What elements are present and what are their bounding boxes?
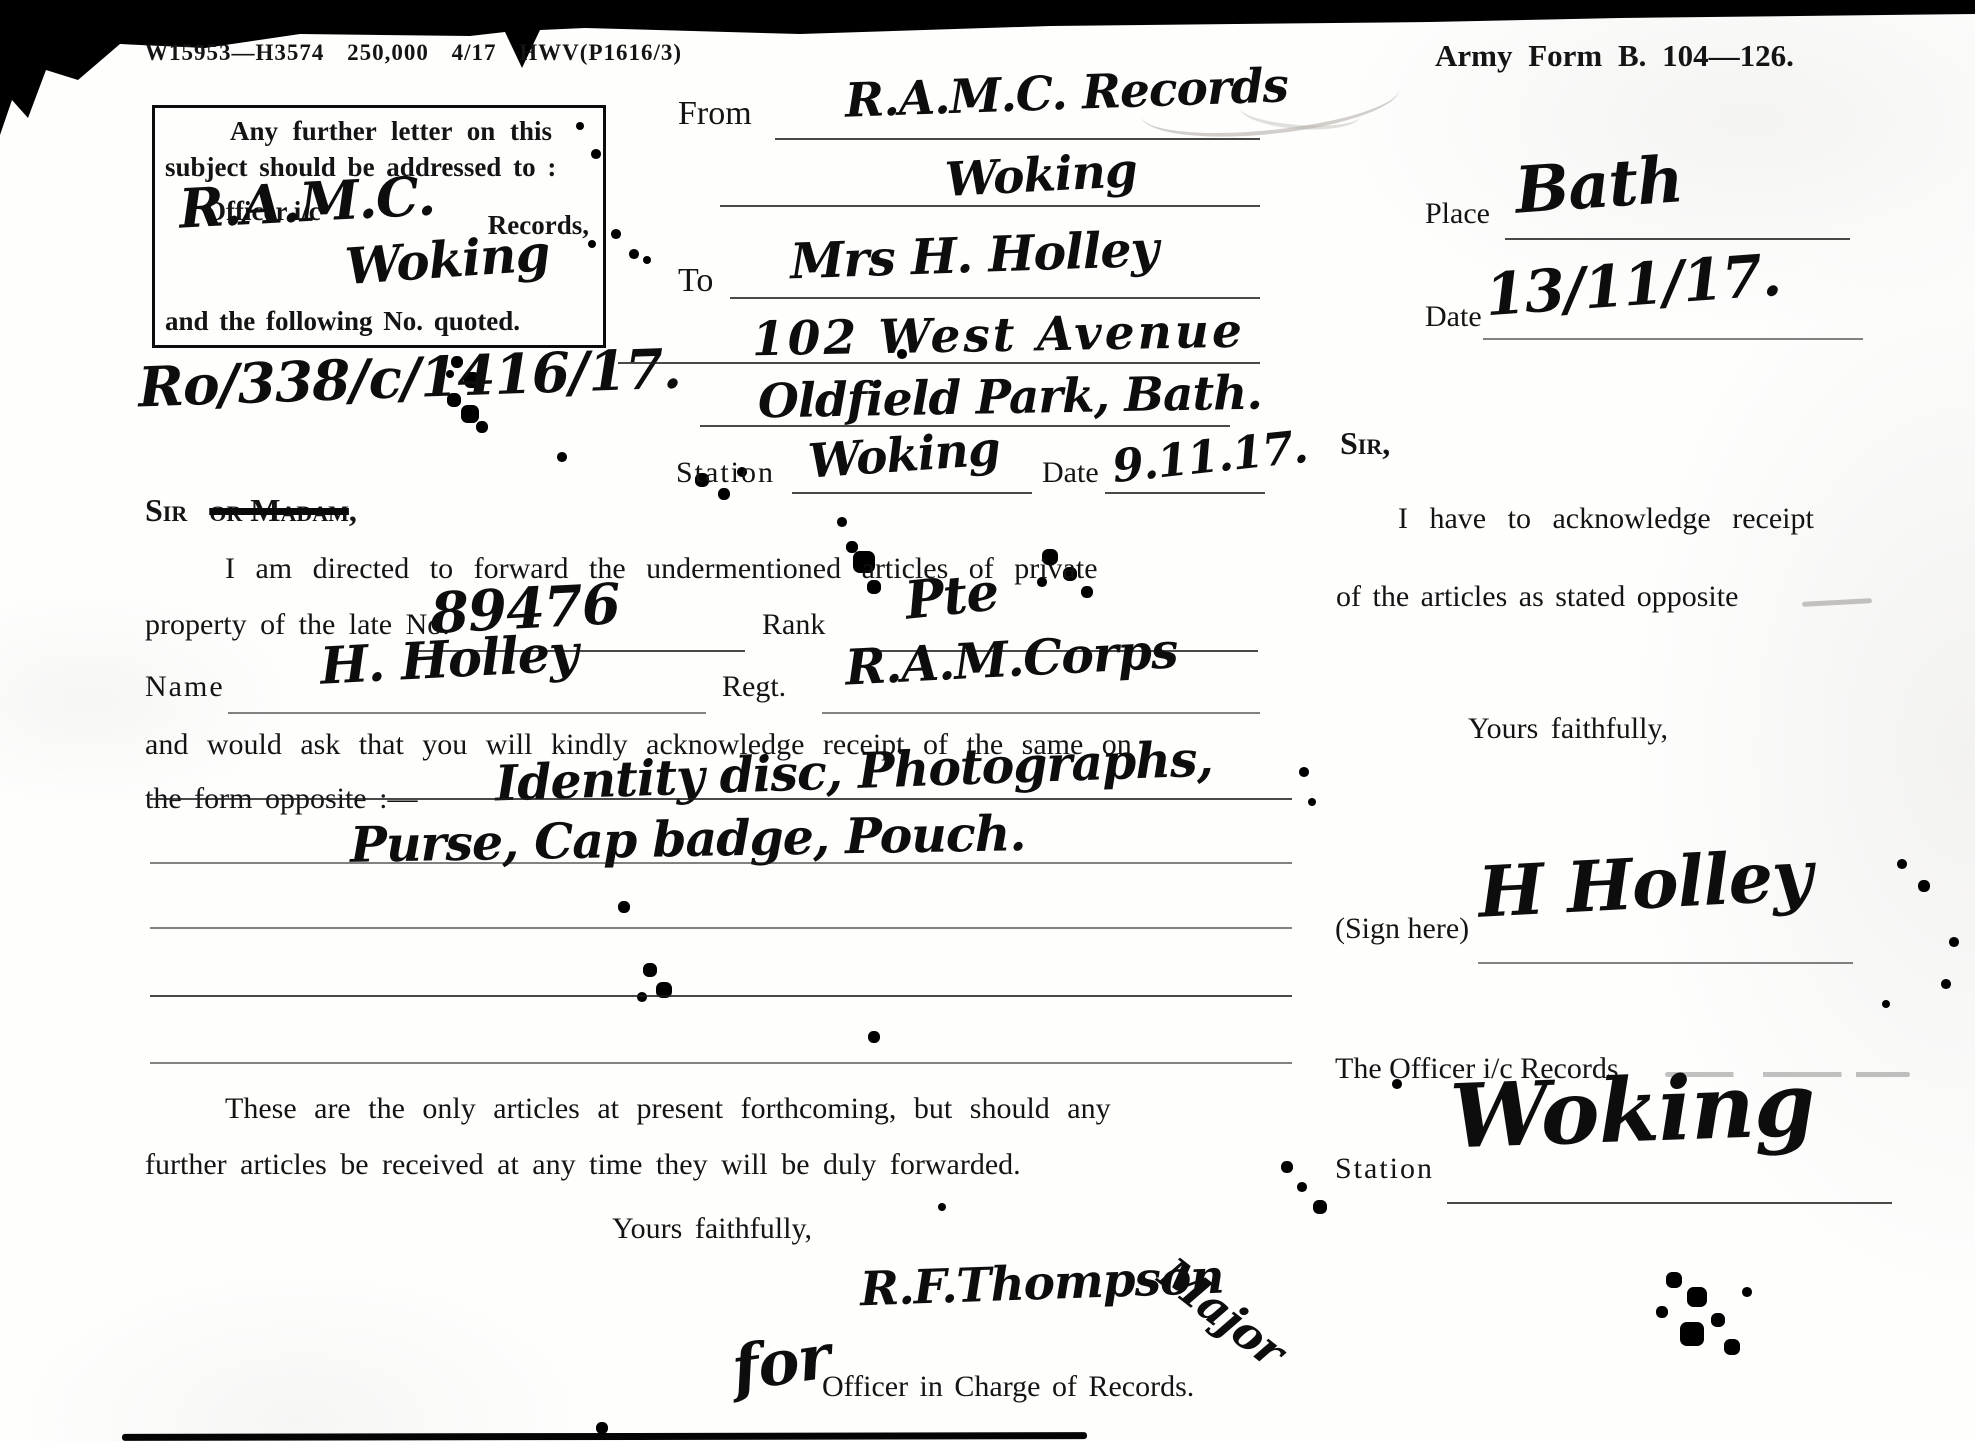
- printers-imprint: W15953—H3574 250,000 4/17 HWV(P1616/3): [145, 40, 682, 66]
- ack-line2: of the articles as stated opposite: [1336, 580, 1738, 614]
- ruled-line: [618, 362, 1260, 364]
- para2-line2: further articles be received at any time…: [145, 1148, 1021, 1182]
- ruled-line: [150, 862, 1292, 864]
- rank-value-handwriting: Pte: [902, 561, 1001, 631]
- ack-line1: I have to acknowledge receipt: [1398, 502, 1814, 536]
- ack-station-label: Station: [1335, 1152, 1434, 1186]
- to-label: To: [678, 262, 713, 300]
- recipient-signature-handwriting: H Holley: [1476, 833, 1814, 933]
- form-number: Army Form B. 104—126.: [1435, 38, 1794, 74]
- body-closing: Yours faithfully,: [612, 1212, 812, 1246]
- salutation-struck-or-madam: or Madam: [209, 492, 349, 528]
- para2-line1: These are the only articles at present f…: [225, 1092, 1111, 1126]
- salutation-sir: Sir: [145, 492, 187, 528]
- name-value-handwriting: H. Holley: [319, 623, 580, 696]
- box-line1: Any further letter on this: [230, 116, 552, 147]
- station-value-handwriting: Woking: [806, 421, 1001, 489]
- ruled-line: [730, 297, 1260, 299]
- ruled-line: [150, 798, 1292, 800]
- ruled-line: [1447, 1202, 1892, 1204]
- ruled-line: [822, 712, 1260, 714]
- for-handwriting: for: [727, 1320, 834, 1406]
- place-label: Place: [1425, 197, 1490, 231]
- ink-smudge: [1802, 598, 1872, 607]
- box-unit-handwriting: R.A.M.C.: [178, 163, 437, 240]
- ruled-line: [1483, 338, 1863, 340]
- ink-specks: [0, 0, 4, 4]
- date-label: Date: [1042, 456, 1099, 490]
- from-value2-handwriting: Woking: [944, 143, 1138, 208]
- ack-station-value-handwriting: Woking: [1448, 1052, 1816, 1169]
- ruled-line: [150, 1062, 1292, 1064]
- scan-edge-bottom: [122, 1432, 1087, 1441]
- from-label: From: [678, 95, 752, 133]
- salutation-comma: ,: [349, 492, 357, 528]
- signature-title: Officer in Charge of Records.: [822, 1370, 1194, 1404]
- box-footer: and the following No. quoted.: [165, 306, 520, 337]
- body-salutation: Sir or Madam,: [145, 492, 357, 529]
- ruled-line: [1105, 492, 1265, 494]
- name-label: Name: [145, 670, 225, 704]
- ack-closing: Yours faithfully,: [1468, 712, 1668, 746]
- ruled-line: [720, 205, 1260, 207]
- sign-here-label: (Sign here): [1335, 912, 1469, 946]
- ruled-line: [228, 712, 706, 714]
- station-label: Station: [676, 456, 775, 490]
- ruled-line: [1478, 962, 1853, 964]
- address-instruction-box: Any further letter on this subject shoul…: [152, 105, 606, 348]
- to-address2-handwriting: Oldfield Park, Bath.: [758, 366, 1263, 430]
- regt-label: Regt.: [722, 670, 786, 704]
- regt-value-handwriting: R.A.M.Corps: [844, 621, 1179, 696]
- rank-label: Rank: [762, 608, 825, 642]
- to-value-handwriting: Mrs H. Holley: [789, 220, 1159, 291]
- box-town-handwriting: Woking: [343, 223, 551, 296]
- date-value-handwriting: 9.11.17.: [1110, 420, 1310, 493]
- ack-date-value-handwriting: 13/11/17.: [1483, 241, 1783, 329]
- ruled-line: [792, 492, 1032, 494]
- ack-date-label: Date: [1425, 300, 1482, 334]
- place-value-handwriting: Bath: [1513, 142, 1685, 229]
- scanned-document-page: W15953—H3574 250,000 4/17 HWV(P1616/3) A…: [0, 0, 1975, 1441]
- ack-salutation: Sir,: [1340, 425, 1390, 462]
- ruled-line: [150, 995, 1292, 997]
- reference-number-handwriting: Ro/338/c/1416/17.: [137, 336, 682, 420]
- ruled-line: [775, 138, 1260, 140]
- to-address1-handwriting: 102 West Avenue: [752, 304, 1246, 368]
- ruled-line: [1505, 238, 1850, 240]
- ruled-line: [150, 927, 1292, 929]
